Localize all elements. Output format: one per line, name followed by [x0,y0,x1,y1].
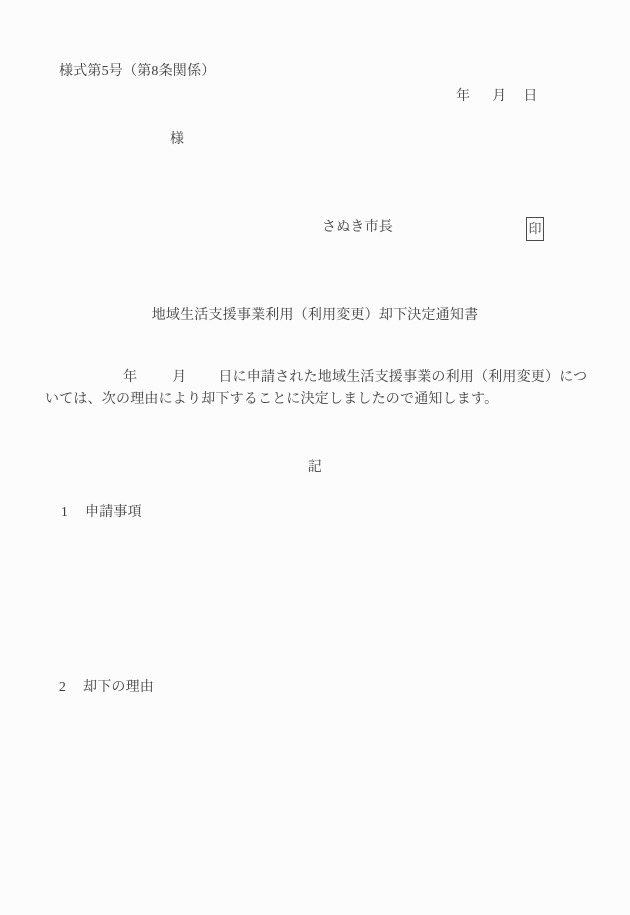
seal-placeholder-box: 印 [526,217,544,241]
header-date-day-label: 日 [523,89,537,104]
document-title: 地域生活支援事業利用（利用変更）却下決定通知書 [0,309,630,323]
form-number: 様式第5号（第8条関係） [59,65,215,79]
issuer-title: さぬき市長 [322,221,393,235]
body-line-1-text: 日に申請された地域生活支援事業の利用（利用変更）につ [218,370,587,385]
section-marker-ki: 記 [0,461,630,475]
document-page: 様式第5号（第8条関係） 年月日 様 さぬき市長 印 地域生活支援事業利用（利用… [0,0,630,915]
list-item-rejection-reason: 2却下の理由 [56,681,154,695]
header-date: 年月日 [456,90,538,104]
addressee-honorific: 様 [170,133,184,147]
item-number: 1 [58,506,71,520]
body-blank-month-label: 月 [172,370,186,385]
body-blank-year-label: 年 [123,370,137,385]
header-date-month-label: 月 [492,89,506,104]
item-label: 申請事項 [85,505,142,520]
header-date-year-label: 年 [456,89,470,104]
list-item-application-details: 1申請事項 [58,506,142,520]
body-paragraph-line-1: 年月日に申請された地域生活支援事業の利用（利用変更）につ [123,371,587,385]
item-number: 2 [56,681,69,695]
item-label: 却下の理由 [83,680,154,695]
body-paragraph-line-2: いては、次の理由により却下することに決定しましたので通知します。 [45,393,498,407]
